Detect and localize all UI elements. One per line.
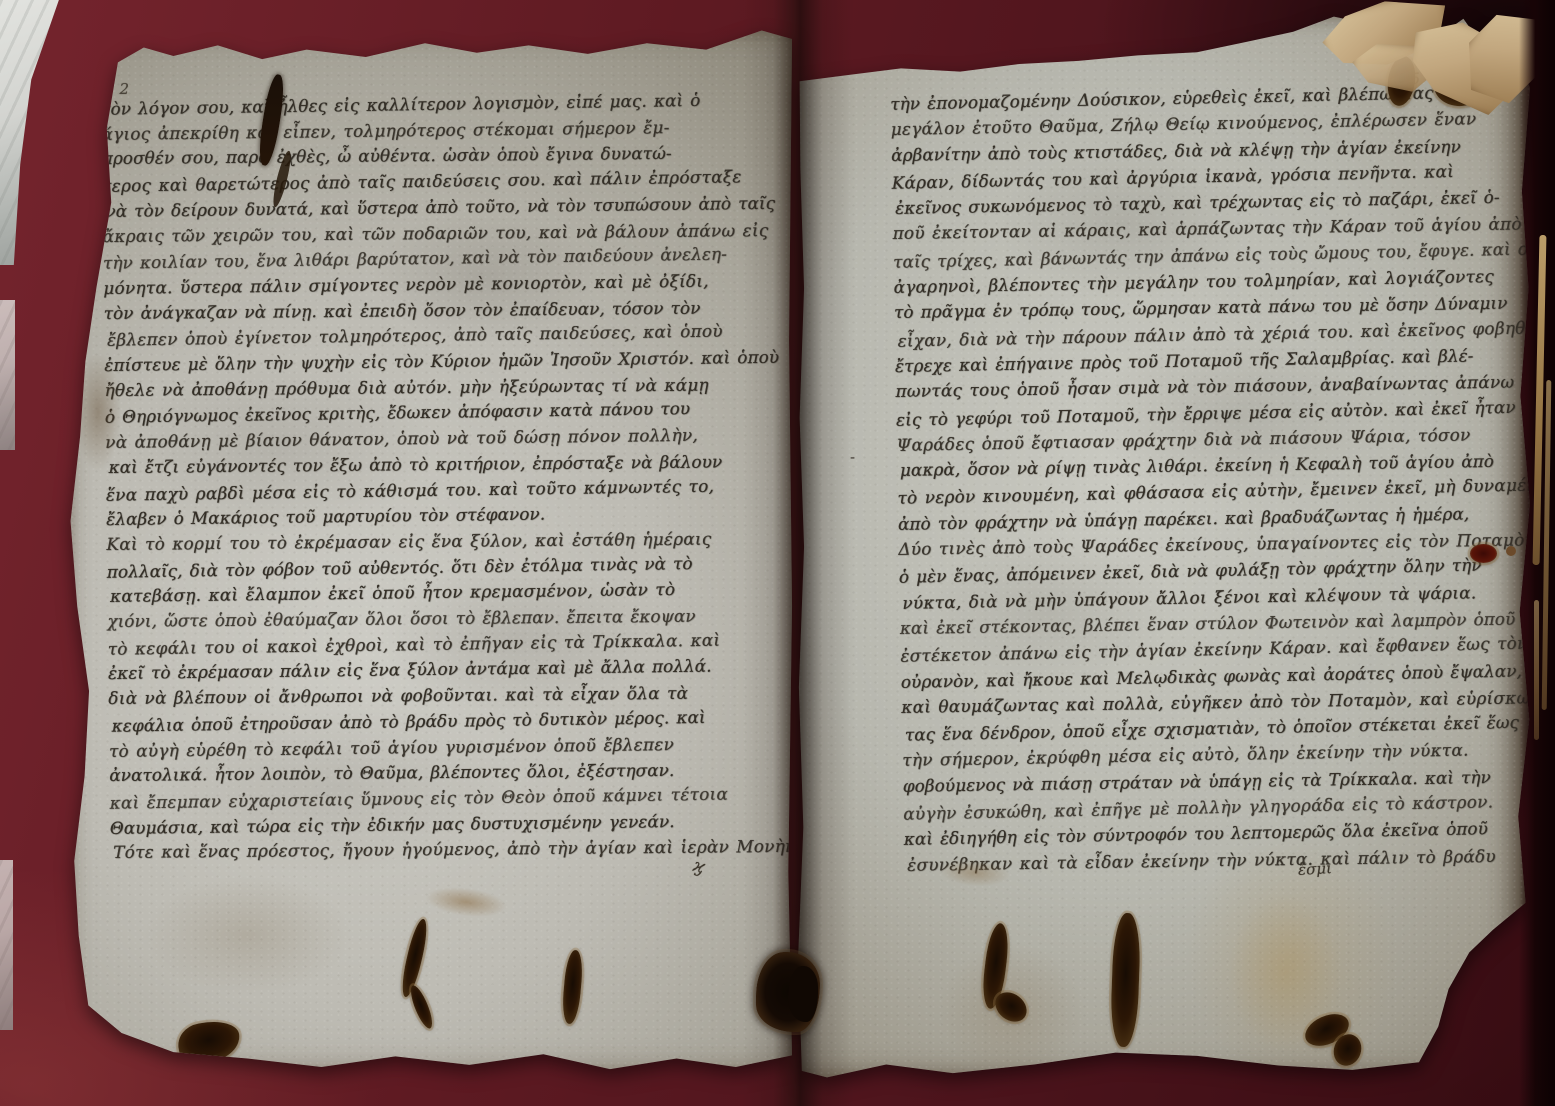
margin-mark: - [850,448,855,466]
left-page: 12 - τὸν λόγον σου, καὶ ἦλθες εἰς καλλίτ… [55,22,795,1084]
binding-hole [788,966,818,1022]
margin-mark: - [61,570,66,588]
wormhole [561,949,584,1024]
text-line: Τότε καὶ ἕνας πρόεστος, ἤγουν ἡγούμενος,… [113,835,695,866]
catchword-right: ἔσμι [1298,859,1333,879]
right-page-paper: 15 - τὴν ἐπονομαζομένην Δούσικον, εὑρεθε… [790,8,1530,1086]
left-page-paper: 12 - τὸν λόγον σου, καὶ ἦλθες εἰς καλλίτ… [55,22,795,1084]
red-wormhole [1470,544,1497,563]
wormhole-dot [1506,546,1516,556]
page-block-edge [1534,600,1539,740]
wormhole [1110,913,1142,1048]
wormhole [407,983,436,1031]
wormhole [175,1017,243,1067]
right-page: 15 - τὴν ἐπονομαζομένην Δούσικον, εὑρεθε… [790,8,1530,1086]
left-page-text: τὸν λόγον σου, καὶ ἦλθες εἰς καλλίτερον … [101,89,695,867]
photo-open-antique-book: 12 - τὸν λόγον σου, καὶ ἦλθες εἰς καλλίτ… [0,0,1555,1106]
brown-stain [424,883,509,921]
marble-table-edge [0,300,15,450]
right-page-text: τὴν ἐπονομαζομένην Δούσικον, εὑρεθεὶς ἐκ… [890,78,1536,878]
marble-table-edge [0,860,13,1030]
